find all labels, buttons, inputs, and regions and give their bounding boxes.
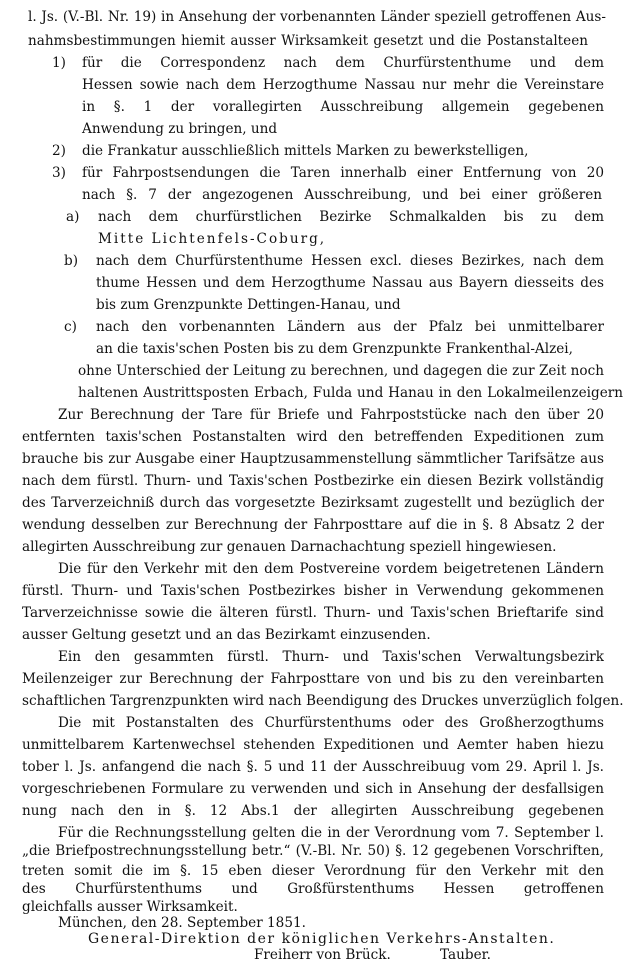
item-line: für Fahrpostsendungen die Taren innerhal… [82, 164, 604, 182]
item-line: in §. 1 der vorallegirten Ausschreibung … [82, 98, 604, 116]
paragraph-line: „die Briefpostrechnungsstellung betr.“ (… [22, 842, 604, 860]
paragraph-line: Tarverzeichnisse sowie die älteren fürst… [22, 604, 604, 622]
document-page: l. Js. (V.-Bl. Nr. 19) in Ansehung der v… [0, 0, 637, 960]
paragraph-line: nung nach den in §. 12 Abs.1 der allegir… [22, 802, 604, 820]
item-line: für die Correspondenz nach dem Churfürst… [82, 54, 604, 72]
paragraph-line: fürstl. Thurn- und Taxis'schen Postbezir… [22, 582, 604, 600]
paragraph-line: Die mit Postanstalten des Churfürstenthu… [58, 714, 604, 732]
subitem-line: bis zum Grenzpunkte Dettingen-Hanau, und [96, 296, 401, 314]
paragraph-line: Ein den gesammten fürstl. Thurn- und Tax… [58, 648, 604, 666]
paragraph-line: Zur Berechnung der Tare für Briefe und F… [58, 406, 604, 424]
subitem-marker: a) [66, 208, 79, 226]
subitem-line: thume Hessen und dem Herzogthume Nassau … [96, 274, 604, 292]
paragraph-line: brauche bis zur Ausgabe einer Hauptzusam… [22, 450, 604, 468]
item-line: Hessen sowie nach dem Herzogthume Nassau… [82, 76, 604, 94]
subitem-line: nach dem Churfürstenthume Hessen excl. d… [96, 252, 604, 270]
paragraph-line: Meilenzeiger zur Berechnung der Fahrpost… [22, 670, 604, 688]
paragraph-line: entfernten taxis'schen Postanstalten wir… [22, 428, 604, 446]
paragraph-line: nach dem fürstl. Thurn- und Taxis'schen … [22, 472, 604, 490]
paragraph-line: des Tarverzeichniß durch das vorgesetzte… [22, 494, 604, 512]
subitem-marker: b) [64, 252, 78, 270]
paragraph-line: treten somit die im §. 15 eben dieser Ve… [22, 862, 604, 880]
paragraph-line: Für die Rechnungsstellung gelten die in … [58, 824, 604, 842]
paragraph-line: allegirten Ausschreibung zur genauen Dar… [22, 538, 556, 556]
paragraph-line: unmittelbarem Kartenwechsel stehenden Ex… [22, 736, 604, 754]
subitem-line: an die taxis'schen Posten bis zu dem Gre… [96, 340, 573, 358]
subitem-line: nach dem churfürstlichen Bezirke Schmalk… [98, 208, 604, 226]
paragraph-line: des Churfürstenthums und Großfürstenthum… [22, 880, 604, 898]
subitem-marker: c) [64, 318, 77, 336]
item-line: Anwendung zu bringen, und [82, 120, 277, 138]
paragraph-line: schaftlichen Targrenzpunkten wird nach B… [22, 692, 624, 710]
paragraph-line: Die für den Verkehr mit den dem Postvere… [58, 560, 604, 578]
list-closing-line: haltenen Austrittsposten Erbach, Fulda u… [78, 384, 623, 402]
list-closing-line: ohne Unterschied der Leitung zu berechne… [78, 362, 604, 380]
item-marker: 3) [52, 164, 66, 182]
item-line: die Frankatur ausschließlich mittels Mar… [82, 142, 528, 160]
signatory-bruck: Freiherr von Brück. [254, 946, 391, 960]
intro-line: nahmsbestimmungen hiemit ausser Wirksamk… [28, 32, 588, 50]
paragraph-line: tober l. Js. anfangend die nach §. 5 und… [22, 758, 604, 776]
intro-line: l. Js. (V.-Bl. Nr. 19) in Ansehung der v… [28, 8, 606, 26]
subitem-line: Mitte Lichtenfels-Coburg, [98, 230, 326, 248]
item-marker: 2) [52, 142, 66, 160]
item-marker: 1) [52, 54, 66, 72]
item-line: nach §. 7 der angezogenen Ausschreibung,… [82, 186, 602, 204]
subitem-line: nach den vorbenannten Ländern aus der Pf… [96, 318, 604, 336]
paragraph-line: ausser Geltung gesetzt und an das Bezirk… [22, 626, 431, 644]
paragraph-line: vorgeschriebenen Formulare zu verwenden … [22, 780, 604, 798]
signatory-tauber: Tauber. [440, 946, 491, 960]
paragraph-line: wendung desselben zur Berechnung der Fah… [22, 516, 604, 534]
